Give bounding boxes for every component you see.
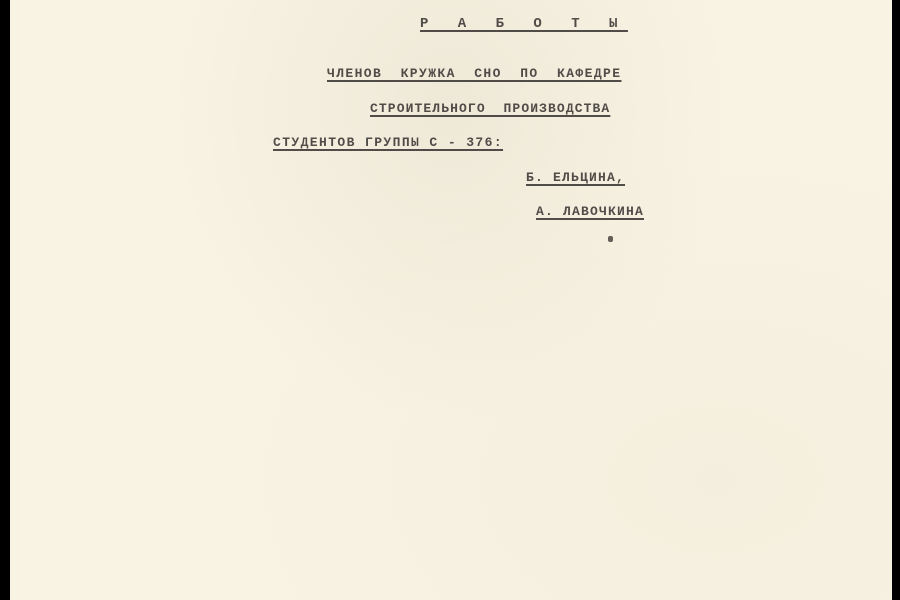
document-page: Р А Б О Т Ы ЧЛЕНОВ КРУЖКА СНО ПО КАФЕДРЕ… <box>10 0 892 600</box>
document-title: Р А Б О Т Ы <box>420 16 628 32</box>
document-line-author-1: Б. ЕЛЬЦИНА, <box>526 170 625 185</box>
document-line-members: ЧЛЕНОВ КРУЖКА СНО ПО КАФЕДРЕ <box>327 66 621 81</box>
document-line-students-group: СТУДЕНТОВ ГРУППЫ С - 376: <box>273 135 503 150</box>
document-line-author-2: А. ЛАВОЧКИНА <box>536 204 644 219</box>
ink-mark <box>608 236 613 242</box>
document-line-department: СТРОИТЕЛЬНОГО ПРОИЗВОДСТВА <box>370 101 610 116</box>
